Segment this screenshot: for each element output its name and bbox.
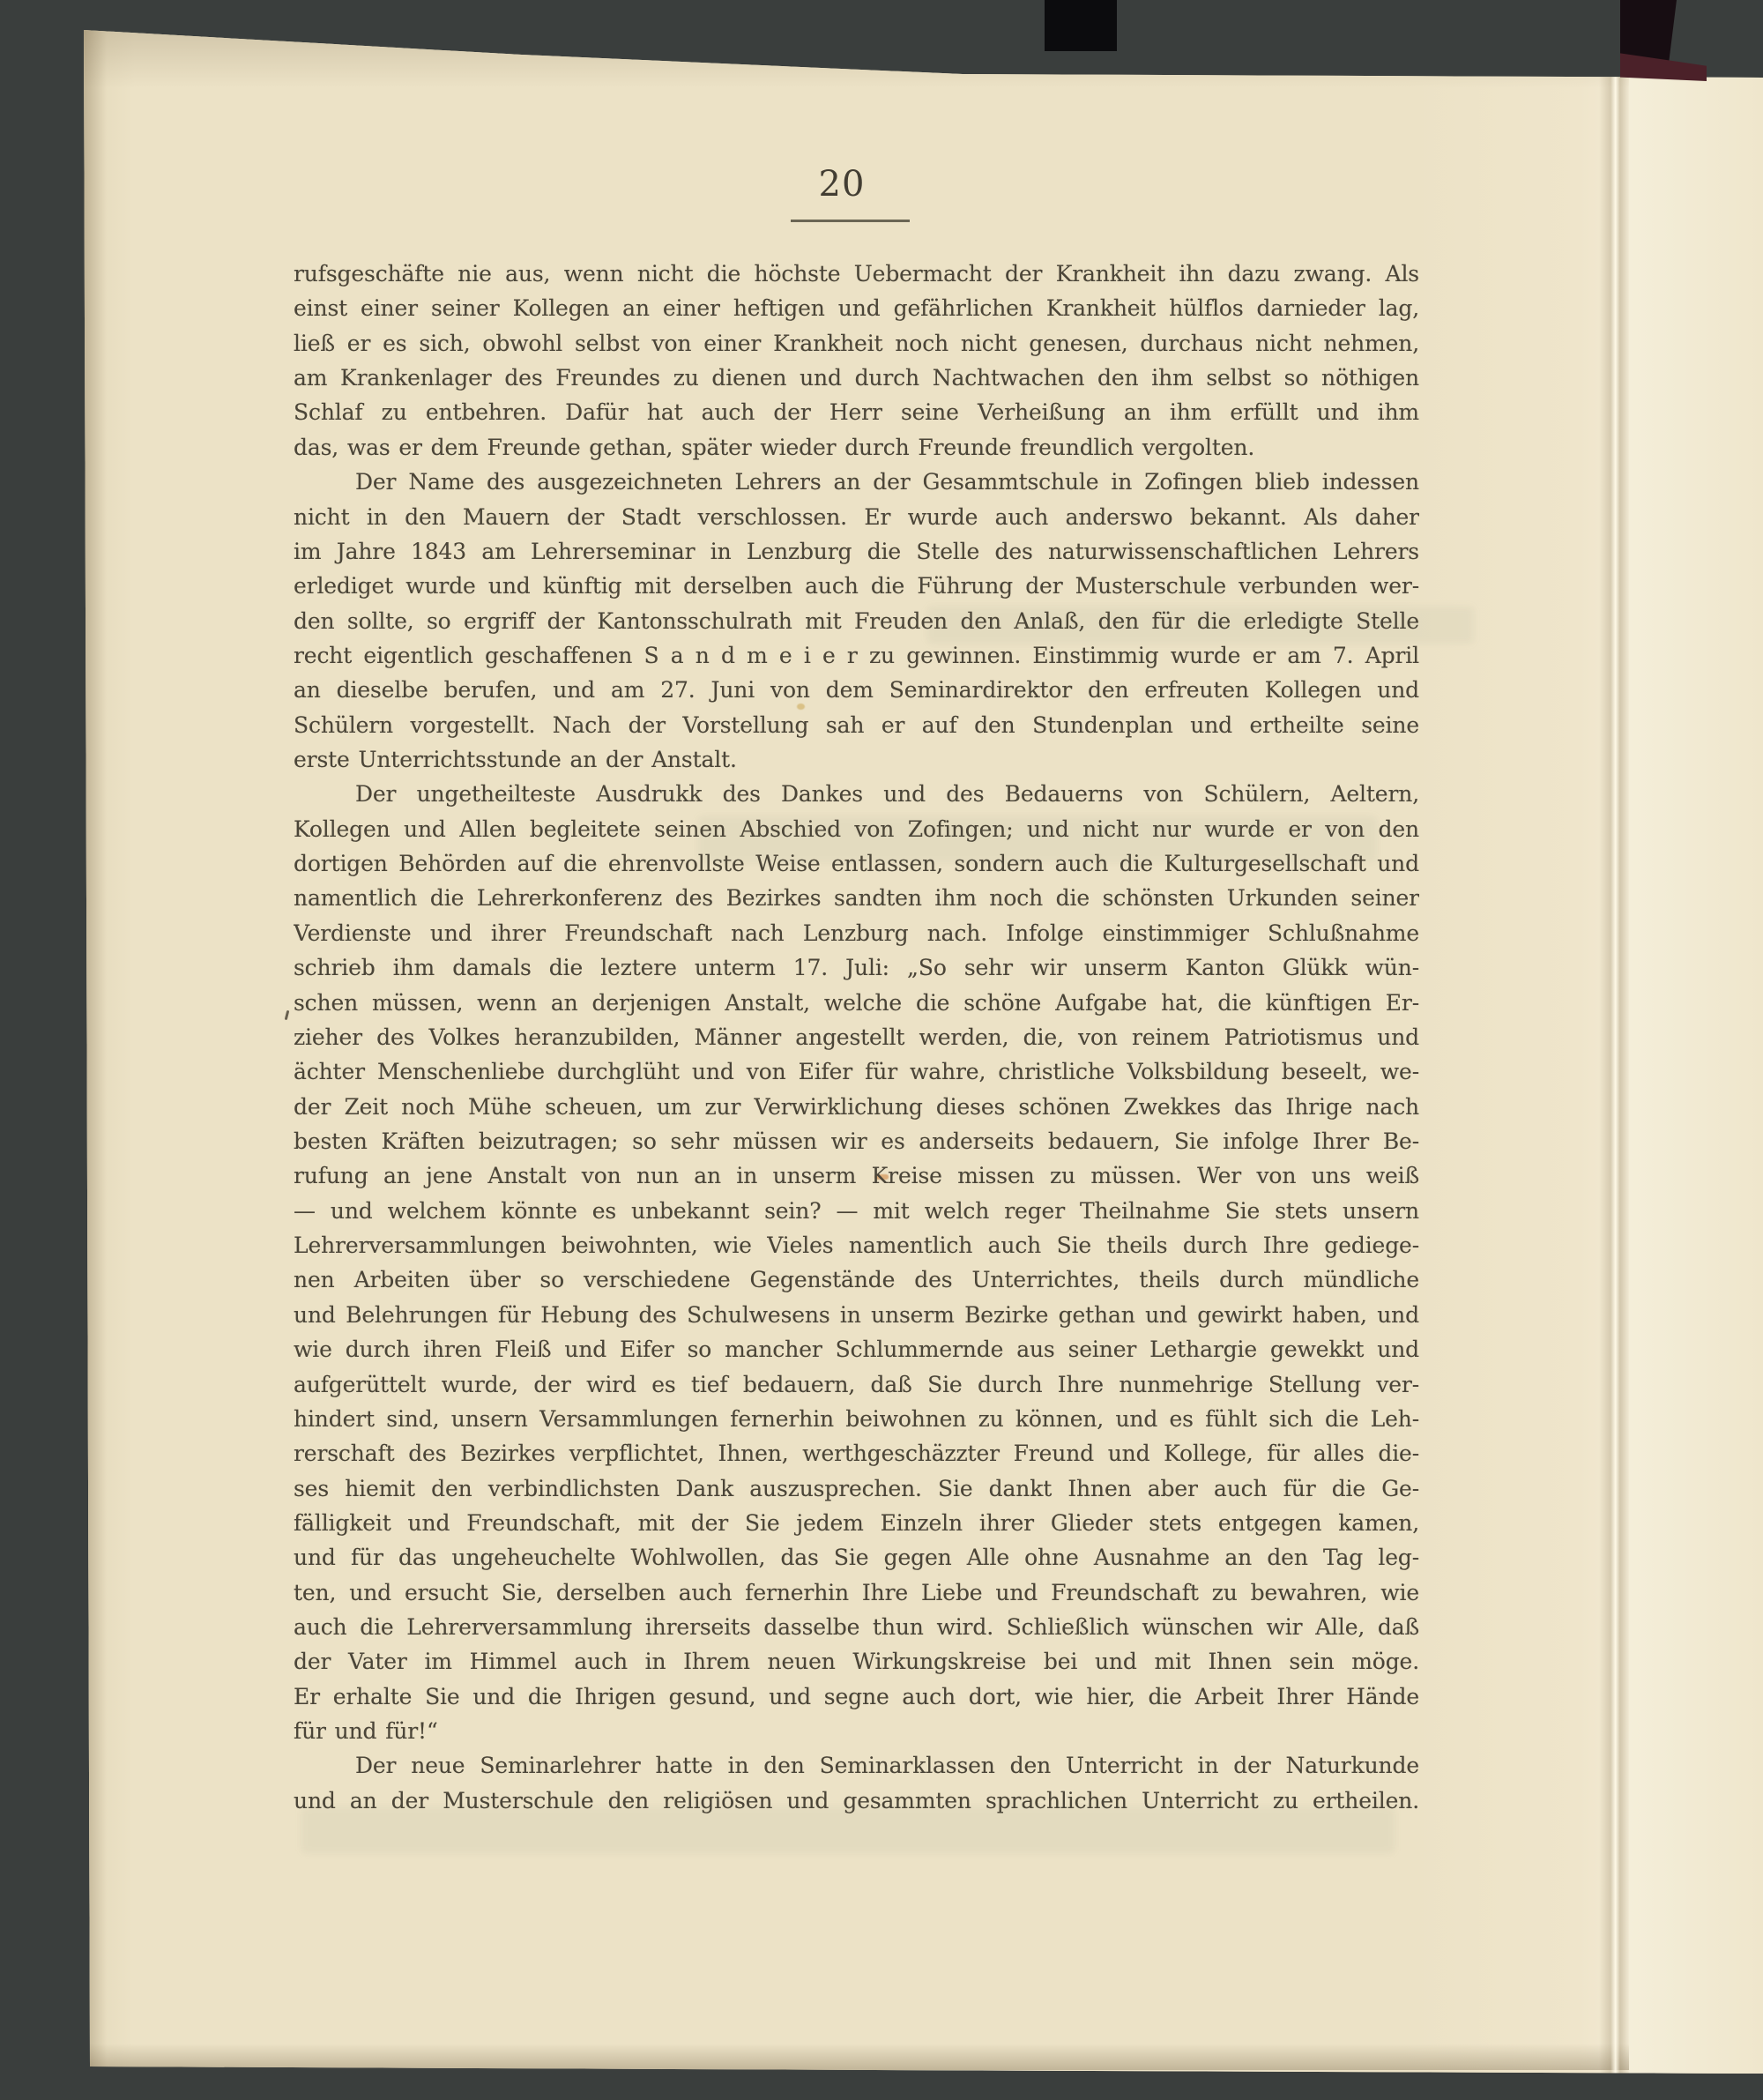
text-line: der Zeit noch Mühe scheuen, um zur Verwi… — [294, 1090, 1419, 1124]
text-line: nicht in den Mauern der Stadt verschloss… — [294, 500, 1419, 534]
text-line: und Belehrungen für Hebung des Schulwese… — [294, 1298, 1419, 1332]
text-line: den sollte, so ergriff der Kantonsschulr… — [294, 604, 1419, 638]
text-line: einst einer seiner Kollegen an einer hef… — [294, 291, 1419, 325]
text-line: schen müssen, wenn an derjenigen Anstalt… — [294, 986, 1419, 1020]
text-line: das, was er dem Freunde gethan, später w… — [294, 430, 1419, 465]
stray-ink-mark — [285, 1010, 290, 1020]
text-line: im Jahre 1843 am Lehrerseminar in Lenzbu… — [294, 534, 1419, 569]
text-line: Der Name des ausgezeichneten Lehrers an … — [294, 465, 1419, 499]
text-line: hindert sind, unsern Versammlungen ferne… — [294, 1402, 1419, 1436]
book-page: 20 rufsgeschäfte nie aus, wenn nicht die… — [81, 0, 1763, 2081]
text-line: ten, und ersucht Sie, derselben auch fer… — [294, 1575, 1419, 1610]
text-line: dortigen Behörden auf die ehrenvollste W… — [294, 846, 1419, 881]
text-line: am Krankenlager des Freundes zu dienen u… — [294, 361, 1419, 395]
text-line: Kollegen und Allen begleitete seinen Abs… — [294, 812, 1419, 846]
book-clamp-shadow — [1045, 0, 1117, 51]
text-line: Der neue Seminarlehrer hatte in den Semi… — [294, 1748, 1419, 1783]
text-line: an dieselbe berufen, und am 27. Juni von… — [294, 673, 1419, 707]
text-line: der Vater im Himmel auch in Ihrem neuen … — [294, 1644, 1419, 1679]
page-top-edge-shading — [81, 26, 1763, 88]
text-line: und an der Musterschule den religiösen u… — [294, 1784, 1419, 1818]
text-line: ses hiemit den verbindlichsten Dank ausz… — [294, 1471, 1419, 1506]
text-line: rufsgeschäfte nie aus, wenn nicht die hö… — [294, 257, 1419, 291]
page-number-rule — [791, 220, 910, 222]
text-line: aufgerüttelt wurde, der wird es tief bed… — [294, 1367, 1419, 1402]
text-line: Er erhalte Sie und die Ihrigen gesund, u… — [294, 1679, 1419, 1714]
page-number: 20 — [807, 164, 877, 205]
scan-backdrop: 20 rufsgeschäfte nie aus, wenn nicht die… — [0, 0, 1763, 2100]
text-line: ächter Menschenliebe durchglüht und von … — [294, 1054, 1419, 1089]
text-line: Lehrerversammlungen beiwohnten, wie Viel… — [294, 1228, 1419, 1262]
text-line: Schlaf zu entbehren. Dafür hat auch der … — [294, 395, 1419, 429]
text-line: schrieb ihm damals die leztere unterm 17… — [294, 950, 1419, 985]
page-gutter-crease — [1599, 74, 1629, 2074]
text-line: ließ er es sich, obwohl selbst von einer… — [294, 326, 1419, 361]
text-line: zieher des Volkes heranzubilden, Männer … — [294, 1020, 1419, 1054]
text-line: rufung an jene Anstalt von nun an in uns… — [294, 1158, 1419, 1193]
text-line: und für das ungeheuchelte Wohlwollen, da… — [294, 1540, 1419, 1575]
text-line: rerschaft des Bezirkes verpflichtet, Ihn… — [294, 1436, 1419, 1471]
body-text: rufsgeschäfte nie aus, wenn nicht die hö… — [294, 257, 1419, 1818]
text-line: Der ungetheilteste Ausdrukk des Dankes u… — [294, 777, 1419, 811]
text-line: namentlich die Lehrerkonferenz des Bezir… — [294, 881, 1419, 915]
text-line: recht eigentlich geschaffenen S a n d m … — [294, 638, 1419, 673]
text-line: Schülern vorgestellt. Nach der Vorstellu… — [294, 708, 1419, 742]
text-line: Verdienste und ihrer Freundschaft nach L… — [294, 916, 1419, 950]
text-line: fälligkeit und Freundschaft, mit der Sie… — [294, 1506, 1419, 1540]
text-line: wie durch ihren Fleiß und Eifer so manch… — [294, 1332, 1419, 1366]
adjacent-page-edge — [1629, 74, 1763, 2074]
page-left-edge-shading — [84, 26, 107, 2072]
text-line: erste Unterrichtsstunde an der Anstalt. — [294, 742, 1419, 777]
text-line: auch die Lehrerversammlung ihrerseits da… — [294, 1610, 1419, 1644]
text-line: nen Arbeiten über so verschiedene Gegens… — [294, 1262, 1419, 1297]
text-line: besten Kräften beizutragen; so sehr müss… — [294, 1124, 1419, 1158]
text-line: erlediget wurde und künftig mit derselbe… — [294, 569, 1419, 603]
page-bottom-edge-shading — [81, 2044, 1763, 2070]
text-line: für und für!“ — [294, 1714, 1419, 1748]
text-line: — und welchem könnte es unbekannt sein? … — [294, 1194, 1419, 1228]
